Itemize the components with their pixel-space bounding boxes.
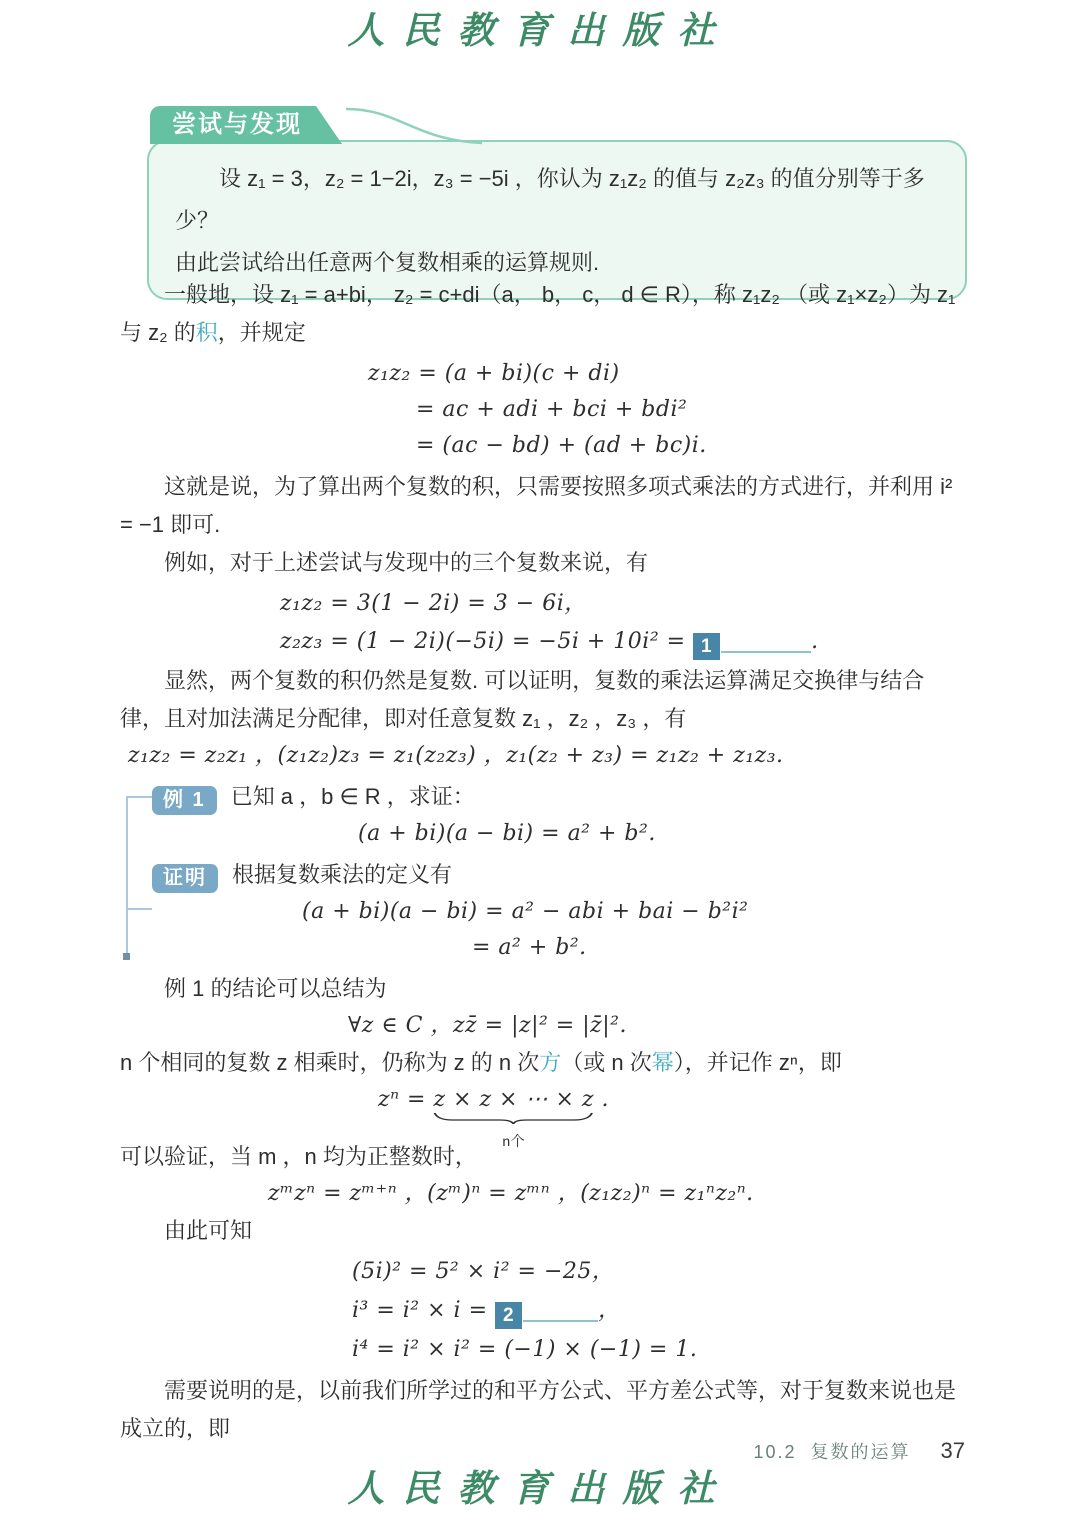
paragraph-note: 需要说明的是，以前我们所学过的和平方公式、平方差公式等，对于复数来说也是成立的，… (120, 1372, 960, 1448)
equation-product-line1: z₁z₂ = (a + bi)(c + di) (368, 356, 960, 392)
equation-example-line2-pre: z₂z₃ = (1 − 2i)(−5i) = −5i + 10i² = (280, 629, 693, 654)
paragraph-thus: 由此可知 (120, 1212, 960, 1250)
paragraph-general-post: ，并规定 (218, 320, 306, 345)
paragraph-obvious: 显然，两个复数的积仍然是复数. 可以证明，复数的乘法运算满足交换律与结合律，且对… (120, 662, 960, 738)
equation-exponent-rules: zᵐzⁿ = zᵐ⁺ⁿ ，(zᵐ)ⁿ = zᵐⁿ ，(z₁z₂)ⁿ = z₁ⁿz… (268, 1176, 960, 1212)
equation-conjugate: ∀z ∈ C ，zz̄ = |z|² = |z̄|². (348, 1008, 960, 1044)
highlight-term-power1: 方 (539, 1050, 561, 1075)
equation-i-fourth: i⁴ = i² × i² = (−1) × (−1) = 1. (352, 1332, 960, 1368)
paragraph-general-definition: 一般地，设 z₁ = a+bi， z₂ = c+di（a， b， c， d ∈ … (120, 276, 960, 352)
page-content: 一般地，设 z₁ = a+bi， z₂ = c+di（a， b， c， d ∈ … (120, 276, 960, 1448)
equation-i-cubed-end: ， (598, 1298, 621, 1323)
tab-curve-decoration (344, 106, 484, 146)
equation-i-cubed: i³ = i² × i = 2， (352, 1290, 960, 1332)
equation-product-line2: = ac + adi + bci + bdi² (416, 392, 960, 428)
answer-blank-underline-2 (523, 1320, 598, 1322)
footer-section-number: 10.2 (753, 1442, 796, 1462)
paragraph-conclusion: 例 1 的结论可以总结为 (120, 970, 960, 1008)
discover-question-line1: 设 z₁ = 3，z₂ = 1−2i，z₃ = −5i ，你认为 z₁z₂ 的值… (175, 158, 937, 242)
answer-badge-2: 2 (495, 1302, 522, 1329)
equation-laws: z₁z₂ = z₂z₁ ，(z₁z₂)z₃ = z₁(z₂z₃) ，z₁(z₂ … (128, 738, 960, 774)
example-1-statement-row: 例 1已知 a ，b ∈ R ，求证： (120, 778, 960, 816)
example-1-block: 例 1已知 a ，b ∈ R ，求证： (a + bi)(a − bi) = a… (120, 778, 960, 966)
equation-example-line2-end: . (811, 629, 819, 654)
equation-power-pre: zⁿ = (378, 1087, 433, 1112)
paragraph-power-post: ），并记作 zⁿ，即 (674, 1050, 842, 1075)
proof-statement-row: 证明根据复数乘法的定义有 (120, 856, 960, 894)
underbrace-label: n个 (433, 1123, 594, 1159)
footer-section-title: 复数的运算 (811, 1442, 911, 1462)
proof-statement: 根据复数乘法的定义有 (232, 862, 452, 887)
page-footer: 10.2复数的运算37 (753, 1438, 965, 1464)
example-connector-dot (123, 953, 130, 960)
equation-power-repeated: z × z × ⋯ × z (433, 1087, 594, 1112)
equation-power-definition: zⁿ = z × z × ⋯ × zn个 . (378, 1082, 960, 1118)
paragraph-power: n 个相同的复数 z 相乘时，仍称为 z 的 n 次方（或 n 次幂），并记作 … (120, 1044, 960, 1082)
equation-power-end: . (594, 1087, 609, 1112)
equation-i-cubed-pre: i³ = i² × i = (352, 1298, 495, 1323)
publisher-logo-top: 人民教育出版社 (0, 8, 1080, 52)
discover-box-tab: 尝试与发现 (150, 106, 342, 144)
equation-5i-squared: (5i)² = 5² × i² = −25， (352, 1254, 960, 1290)
equation-example-line2: z₂z₃ = (1 − 2i)(−5i) = −5i + 10i² = 1. (280, 622, 960, 662)
proof-equation-line2: = a² + b². (472, 930, 960, 966)
example-1-statement: 已知 a ，b ∈ R ，求证： (231, 784, 475, 809)
equation-example-line1: z₁z₂ = 3(1 − 2i) = 3 − 6i， (280, 586, 960, 622)
example-1-badge: 例 1 (152, 786, 217, 815)
highlight-term-power2: 幂 (652, 1050, 674, 1075)
example-connector-tick-2 (126, 908, 152, 910)
answer-blank-underline-1 (721, 651, 811, 653)
highlight-term-product: 积 (196, 320, 218, 345)
textbook-page: 人民教育出版社 尝试与发现 设 z₁ = 3，z₂ = 1−2i，z₃ = −5… (0, 0, 1080, 1527)
footer-page-number: 37 (941, 1438, 965, 1463)
paragraph-power-pre: n 个相同的复数 z 相乘时，仍称为 z 的 n 次 (120, 1050, 539, 1075)
answer-badge-1: 1 (693, 633, 720, 660)
publisher-logo-bottom: 人民教育出版社 (0, 1466, 1080, 1510)
proof-equation-line1: (a + bi)(a − bi) = a² − abi + bai − b²i² (302, 894, 960, 930)
equation-product-line3: = (ac − bd) + (ad + bc)i. (416, 428, 960, 464)
paragraph-power-mid: （或 n 次 (561, 1050, 651, 1075)
underbrace-group: z × z × ⋯ × zn个 (433, 1082, 594, 1118)
example-connector-tick-1 (126, 796, 152, 798)
example-connector-line (126, 797, 128, 955)
example-1-equation: (a + bi)(a − bi) = a² + b². (358, 816, 960, 852)
paragraph-that-is: 这就是说，为了算出两个复数的积，只需要按照多项式乘法的方式进行，并利用 i² =… (120, 468, 960, 544)
paragraph-for-example: 例如，对于上述尝试与发现中的三个复数来说，有 (120, 544, 960, 582)
proof-badge: 证明 (152, 864, 218, 893)
